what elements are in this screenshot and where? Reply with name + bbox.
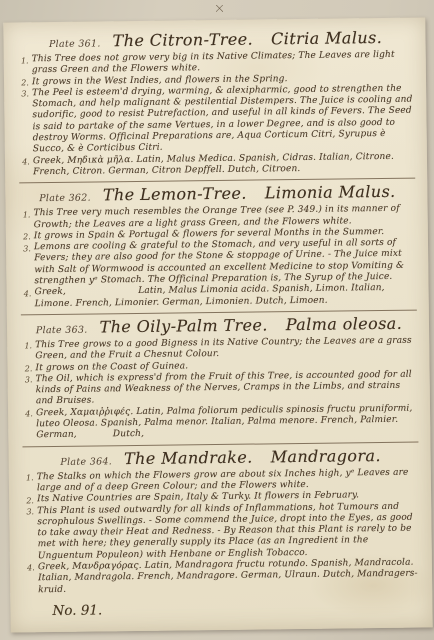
item-number: 1. — [23, 472, 37, 483]
item-number: 1. — [18, 54, 32, 65]
item-number: 4. — [24, 562, 38, 573]
numbered-item: 3. Lemons are cooling & grateful to the … — [20, 238, 417, 288]
numbered-item: 4. Greek, Χαμαιῤῥιφές. Latin, Palma foli… — [22, 403, 418, 442]
item-number: 1. — [20, 209, 34, 220]
item-number: 4. — [21, 288, 35, 299]
item-text: Greek, Latin, Malus Limonia acida. Spani… — [35, 283, 417, 310]
numbered-item: 3. The Oil, which is express'd from the … — [22, 369, 418, 408]
plate-section-lemon: Plate 362. The Lemon-Tree. Limonia Malus… — [19, 182, 416, 311]
item-text: Greek, Μηδικὰ μῆλα. Latin, Malus Medica.… — [33, 151, 415, 178]
section-heading: Plate 362. The Lemon-Tree. Limonia Malus… — [19, 182, 415, 206]
plate-number: Plate 363. — [36, 325, 88, 337]
section-title-english: The Oily-Palm Tree. — [99, 315, 267, 336]
section-title-latin: Citria Malus. — [271, 28, 382, 48]
item-number: 2. — [23, 494, 37, 505]
item-number: 3. — [23, 506, 37, 517]
sheet-number: No. 91. — [52, 598, 420, 618]
section-title-english: The Lemon-Tree. — [103, 184, 247, 205]
item-text: The Oil, which is express'd from the Fru… — [36, 369, 418, 408]
plate-section-mandrake: Plate 364. The Mandrake. Mandragora. 1. … — [23, 445, 421, 596]
numbered-item: 4. Greek, Μανδραγόρας. Latin, Mandragora… — [24, 558, 420, 597]
numbered-item: 3. This Plant is used outwardly for all … — [23, 501, 420, 562]
section-title-english: The Mandrake. — [124, 447, 253, 468]
item-number: 3. — [22, 374, 36, 385]
plate-section-citron: Plate 361. The Citron-Tree. Citria Malus… — [17, 28, 415, 179]
section-heading: Plate 361. The Citron-Tree. Citria Malus… — [17, 28, 413, 52]
item-number: 3. — [20, 242, 34, 253]
numbered-item: 3. The Peel is esteem'd drying, warming,… — [18, 83, 415, 156]
plate-number: Plate 364. — [60, 456, 112, 468]
item-number: 1. — [21, 340, 35, 351]
item-text: Greek, Μανδραγόρας. Latin, Mandragora fr… — [38, 558, 420, 597]
item-number: 2. — [21, 363, 35, 374]
section-title-latin: Limonia Malus. — [265, 182, 396, 203]
section-title-latin: Palma oleosa. — [286, 314, 403, 334]
plate-number: Plate 361. — [49, 38, 101, 50]
section-heading: Plate 364. The Mandrake. Mandragora. — [23, 445, 419, 469]
scanned-page: Plate 361. The Citron-Tree. Citria Malus… — [3, 17, 432, 632]
item-text: This Plant is used outwardly for all kin… — [37, 501, 420, 562]
numbered-item: 4. Greek, Μηδικὰ μῆλα. Latin, Malus Medi… — [19, 151, 415, 178]
plate-section-palm: Plate 363. The Oily-Palm Tree. Palma ole… — [21, 314, 418, 443]
item-number: 3. — [18, 88, 32, 99]
item-number: 2. — [18, 77, 32, 88]
item-number: 4. — [22, 408, 36, 419]
numbered-item: 4. Greek, Latin, Malus Limonia acida. Sp… — [21, 283, 417, 310]
page-content: Plate 361. The Citron-Tree. Citria Malus… — [17, 26, 420, 629]
item-number: 4. — [19, 156, 33, 167]
section-title-english: The Citron-Tree. — [112, 30, 253, 51]
section-title-latin: Mandragora. — [271, 446, 381, 466]
ink-speck — [216, 5, 223, 12]
item-text: The Peel is esteem'd drying, warming, & … — [32, 83, 415, 155]
item-number: 2. — [20, 231, 34, 242]
section-heading: Plate 363. The Oily-Palm Tree. Palma ole… — [21, 314, 417, 338]
plate-number: Plate 362. — [39, 193, 91, 205]
item-text: Lemons are cooling & grateful to the Sto… — [34, 238, 417, 288]
item-text: Greek, Χαμαιῤῥιφές. Latin, Palma folioru… — [36, 403, 418, 442]
